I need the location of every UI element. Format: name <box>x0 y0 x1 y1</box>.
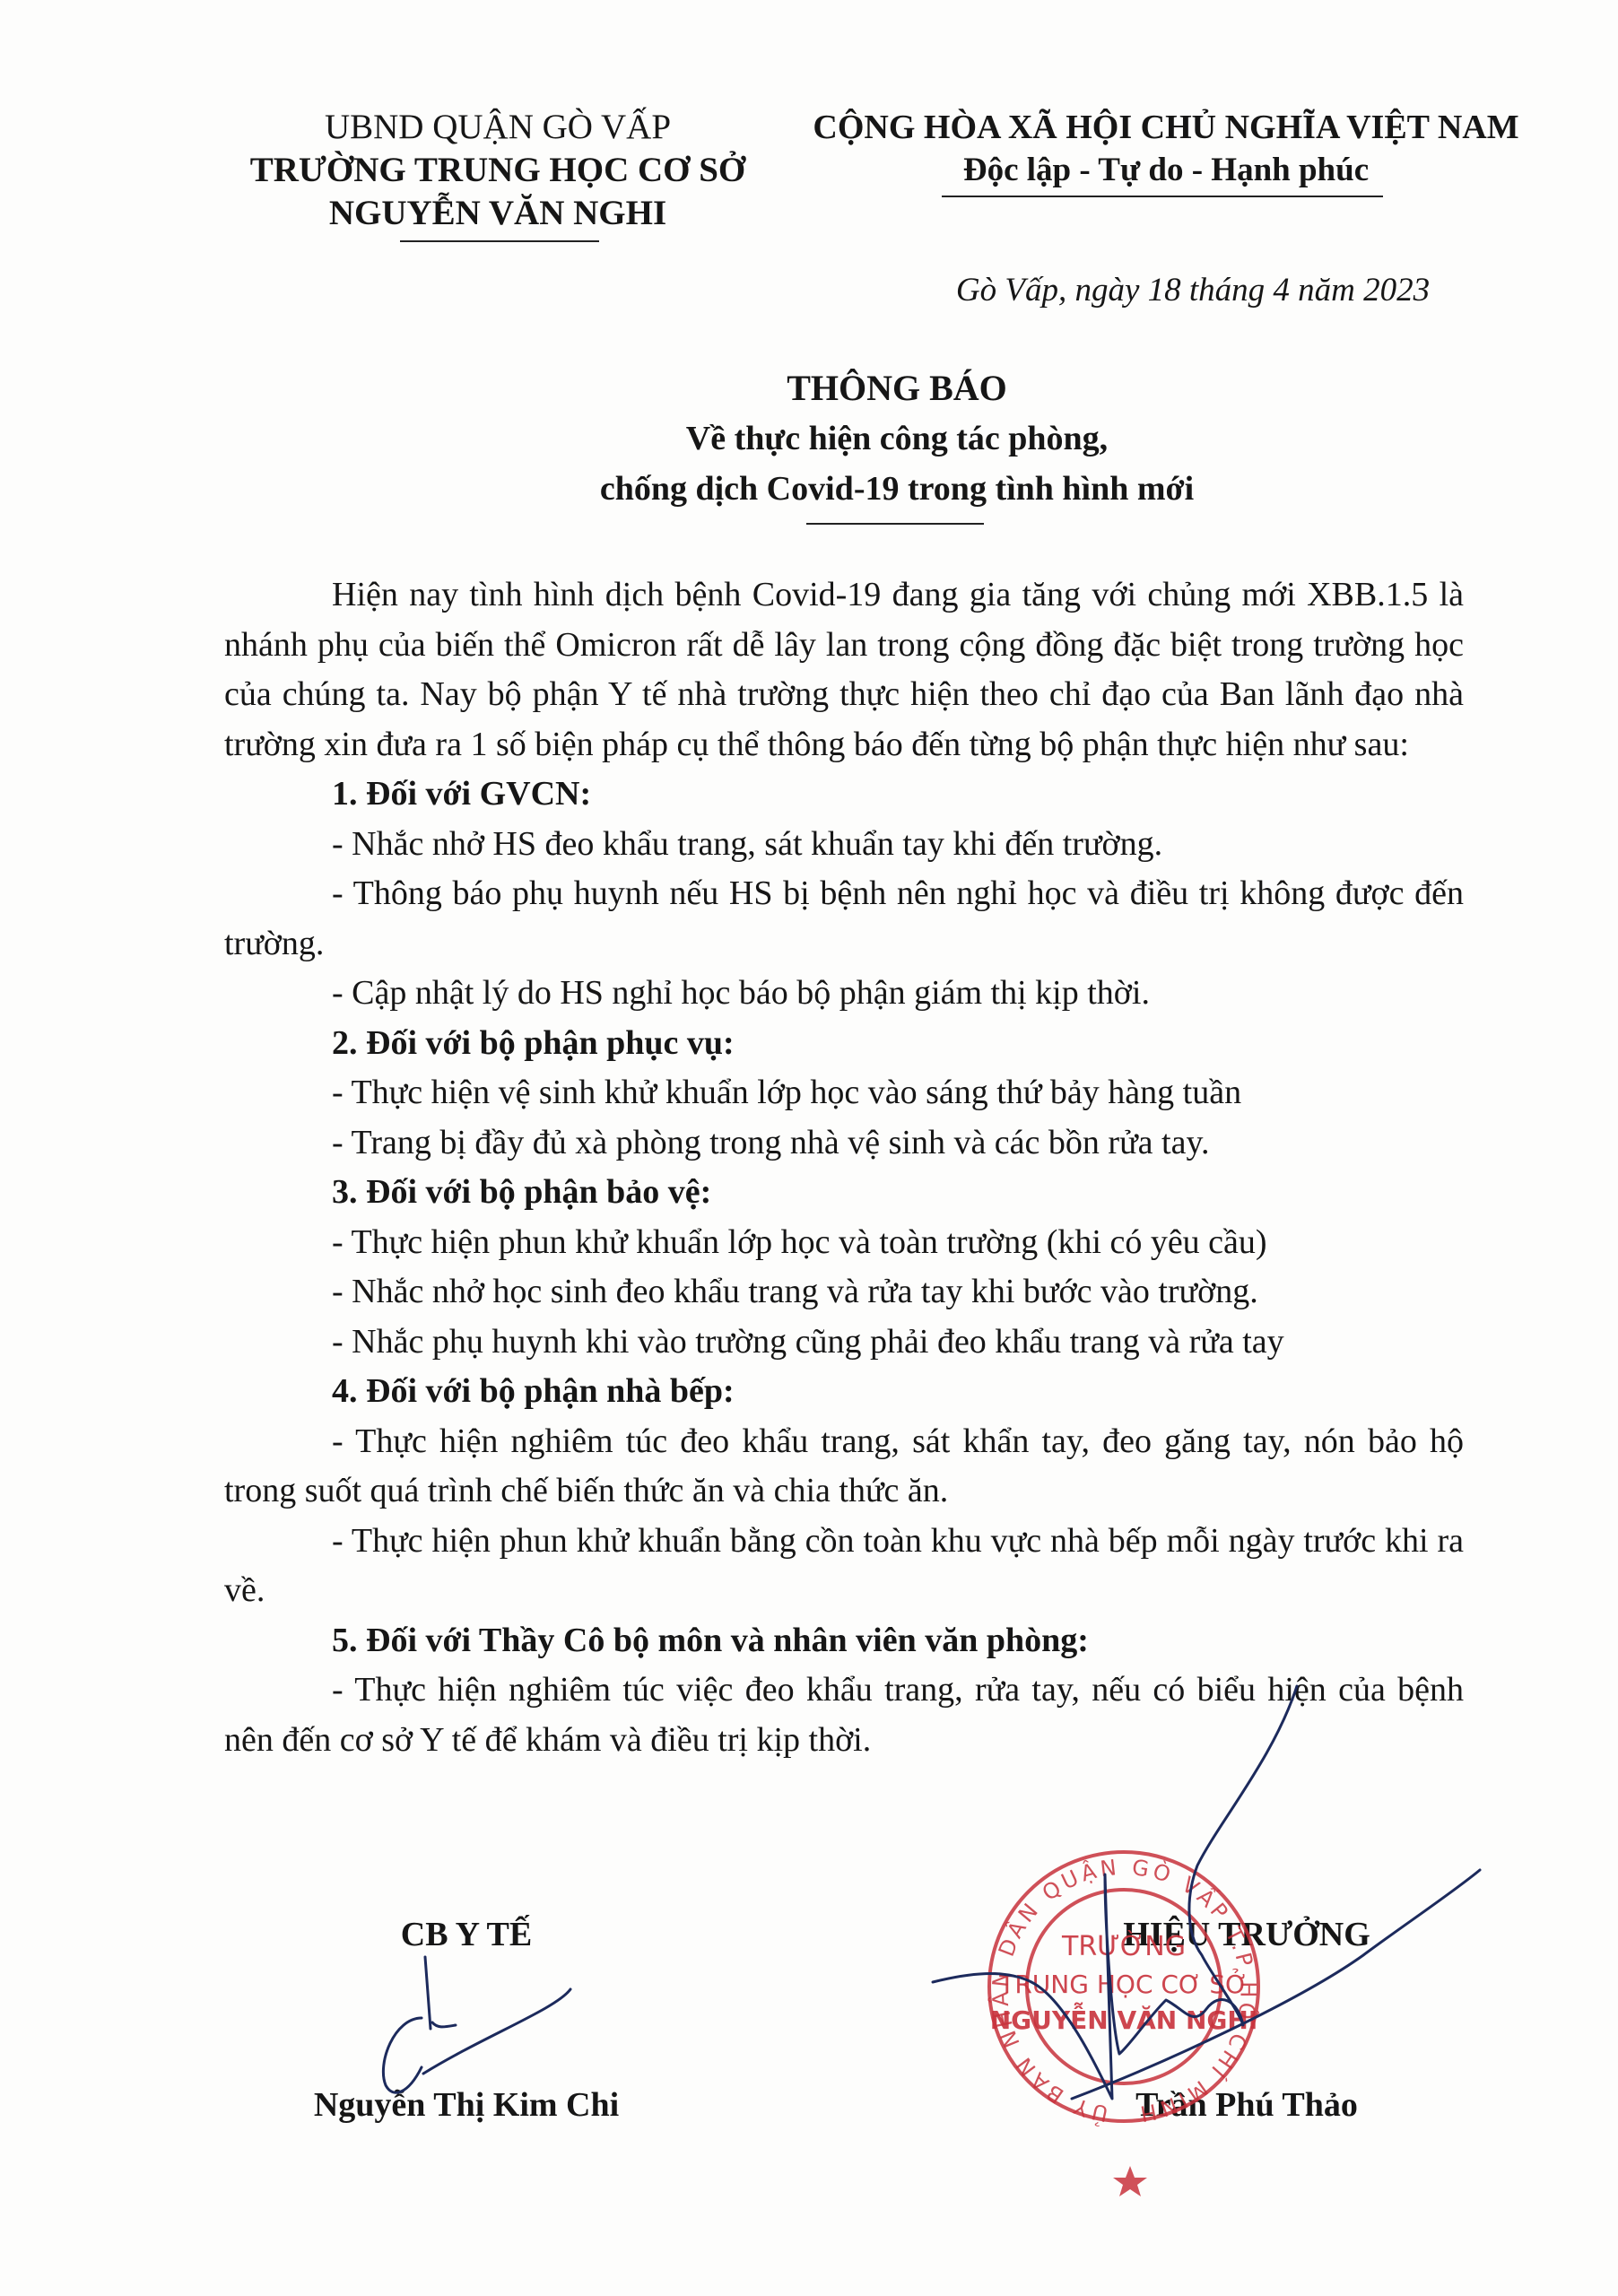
title-subject-2: chống dịch Covid-19 trong tình hình mới <box>493 464 1300 514</box>
section-heading: 3. Đối với bộ phận bảo vệ: <box>224 1168 1464 1218</box>
title-main: THÔNG BÁO <box>493 363 1300 413</box>
signer-title: CB Y TẾ <box>242 1915 691 1954</box>
section-item: - Thực hiện nghiêm túc việc đeo khẩu tra… <box>224 1665 1464 1765</box>
divider <box>806 523 984 525</box>
signature-block-principal: HIỆU TRƯỞNG Trần Phú Thảo <box>1031 1915 1462 2125</box>
school-type: TRƯỜNG TRUNG HỌC CƠ SỞ <box>179 149 816 192</box>
signer-title: HIỆU TRƯỞNG <box>1031 1915 1462 1954</box>
star-icon <box>1113 2166 1147 2196</box>
section-item: - Thực hiện phun khử khuẩn lớp học và to… <box>224 1218 1464 1268</box>
signer-name: Nguyễn Thị Kim Chi <box>242 2085 691 2125</box>
divider <box>942 196 1383 197</box>
section-heading: 2. Đối với bộ phận phục vụ: <box>224 1019 1464 1069</box>
section-item: - Nhắc nhở HS đeo khẩu trang, sát khuẩn … <box>224 820 1464 870</box>
section-heading: 5. Đối với Thầy Cô bộ môn và nhân viên v… <box>224 1616 1464 1666</box>
district-name: UBND QUẬN GÒ VẤP <box>179 106 816 149</box>
section-item: - Thực hiện nghiêm túc đeo khẩu trang, s… <box>224 1417 1464 1517</box>
divider <box>400 240 599 242</box>
school-name: NGUYỄN VĂN NGHI <box>179 192 816 235</box>
date-line: Gò Vấp, ngày 18 tháng 4 năm 2023 <box>861 271 1525 309</box>
country-name: CỘNG HÒA XÃ HỘI CHỦ NGHĨA VIỆT NAM <box>771 106 1561 149</box>
section-heading: 4. Đối với bộ phận nhà bếp: <box>224 1367 1464 1417</box>
intro-paragraph: Hiện nay tình hình dịch bệnh Covid-19 đa… <box>224 570 1464 770</box>
signature-block-medical: CB Y TẾ Nguyễn Thị Kim Chi <box>242 1915 691 2125</box>
section-item: - Trang bị đầy đủ xà phòng trong nhà vệ … <box>224 1118 1464 1169</box>
section-item: - Thông báo phụ huynh nếu HS bị bệnh nên… <box>224 869 1464 969</box>
document-title: THÔNG BÁO Về thực hiện công tác phòng, c… <box>493 363 1300 525</box>
title-subject-1: Về thực hiện công tác phòng, <box>493 413 1300 464</box>
section-item: - Nhắc nhở học sinh đeo khẩu trang và rử… <box>224 1267 1464 1318</box>
section-item: - Nhắc phụ huynh khi vào trường cũng phả… <box>224 1318 1464 1368</box>
national-motto: Độc lập - Tự do - Hạnh phúc <box>771 149 1561 192</box>
issuing-authority: UBND QUẬN GÒ VẤP TRƯỜNG TRUNG HỌC CƠ SỞ … <box>179 106 816 242</box>
section-item: - Thực hiện phun khử khuẩn bằng cồn toàn… <box>224 1517 1464 1616</box>
national-header: CỘNG HÒA XÃ HỘI CHỦ NGHĨA VIỆT NAM Độc l… <box>771 106 1561 197</box>
section-item: - Cập nhật lý do HS nghỉ học báo bộ phận… <box>224 969 1464 1019</box>
signer-name: Trần Phú Thảo <box>1031 2085 1462 2125</box>
section-item: - Thực hiện vệ sinh khử khuẩn lớp học và… <box>224 1068 1464 1118</box>
document-body: Hiện nay tình hình dịch bệnh Covid-19 đa… <box>224 570 1464 1765</box>
section-heading: 1. Đối với GVCN: <box>224 770 1464 820</box>
